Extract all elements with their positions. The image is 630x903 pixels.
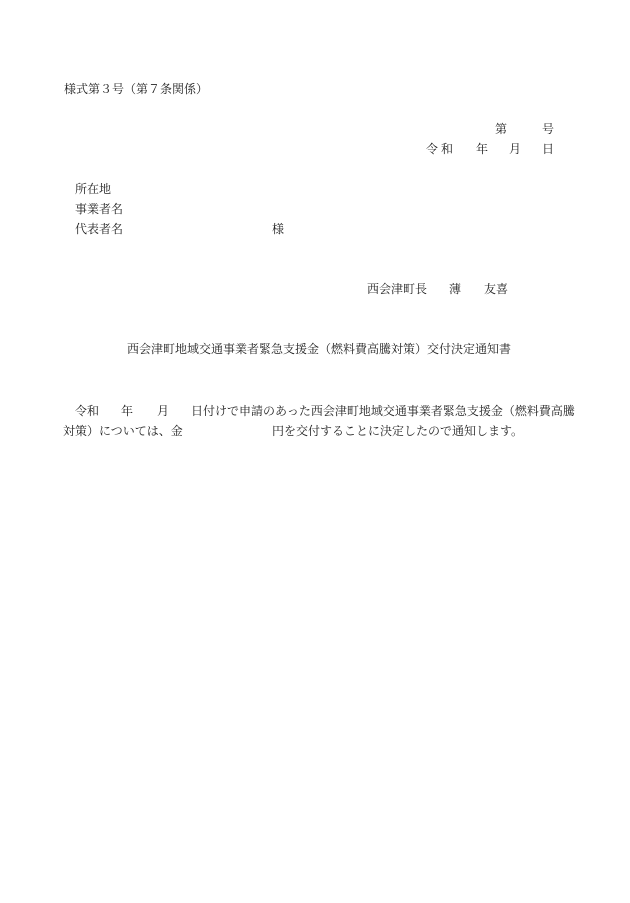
body-month: 月 — [157, 404, 169, 418]
body-era: 令和 — [75, 404, 99, 418]
date-era: 令和 — [426, 142, 456, 156]
body-line1-text: 日付けで申請のあった西会津町地域交通事業者緊急支援金（燃料費高騰 — [191, 404, 575, 418]
body-line2-start: 対策）については、金 — [63, 424, 183, 438]
sender-given-name: 友喜 — [484, 282, 508, 296]
recipient-address-label: 所在地 — [75, 182, 111, 196]
recipient-honorific: 様 — [272, 222, 284, 236]
document-number-suffix: 号 — [542, 122, 554, 136]
date-day: 日 — [542, 142, 554, 156]
sender-title: 西会津町長 — [367, 282, 427, 296]
document-title: 西会津町地域交通事業者緊急支援金（燃料費高騰対策）交付決定通知書 — [127, 342, 511, 356]
form-label: 様式第３号（第７条関係） — [64, 82, 208, 96]
body-year: 年 — [121, 404, 133, 418]
sender-surname: 薄 — [449, 282, 461, 296]
recipient-business-label: 事業者名 — [75, 202, 123, 216]
date-month: 月 — [509, 142, 521, 156]
recipient-representative-label: 代表者名 — [75, 222, 123, 236]
document-number-prefix: 第 — [495, 122, 507, 136]
body-line2-text: 円を交付することに決定したので通知します。 — [272, 424, 523, 438]
date-year: 年 — [476, 142, 488, 156]
